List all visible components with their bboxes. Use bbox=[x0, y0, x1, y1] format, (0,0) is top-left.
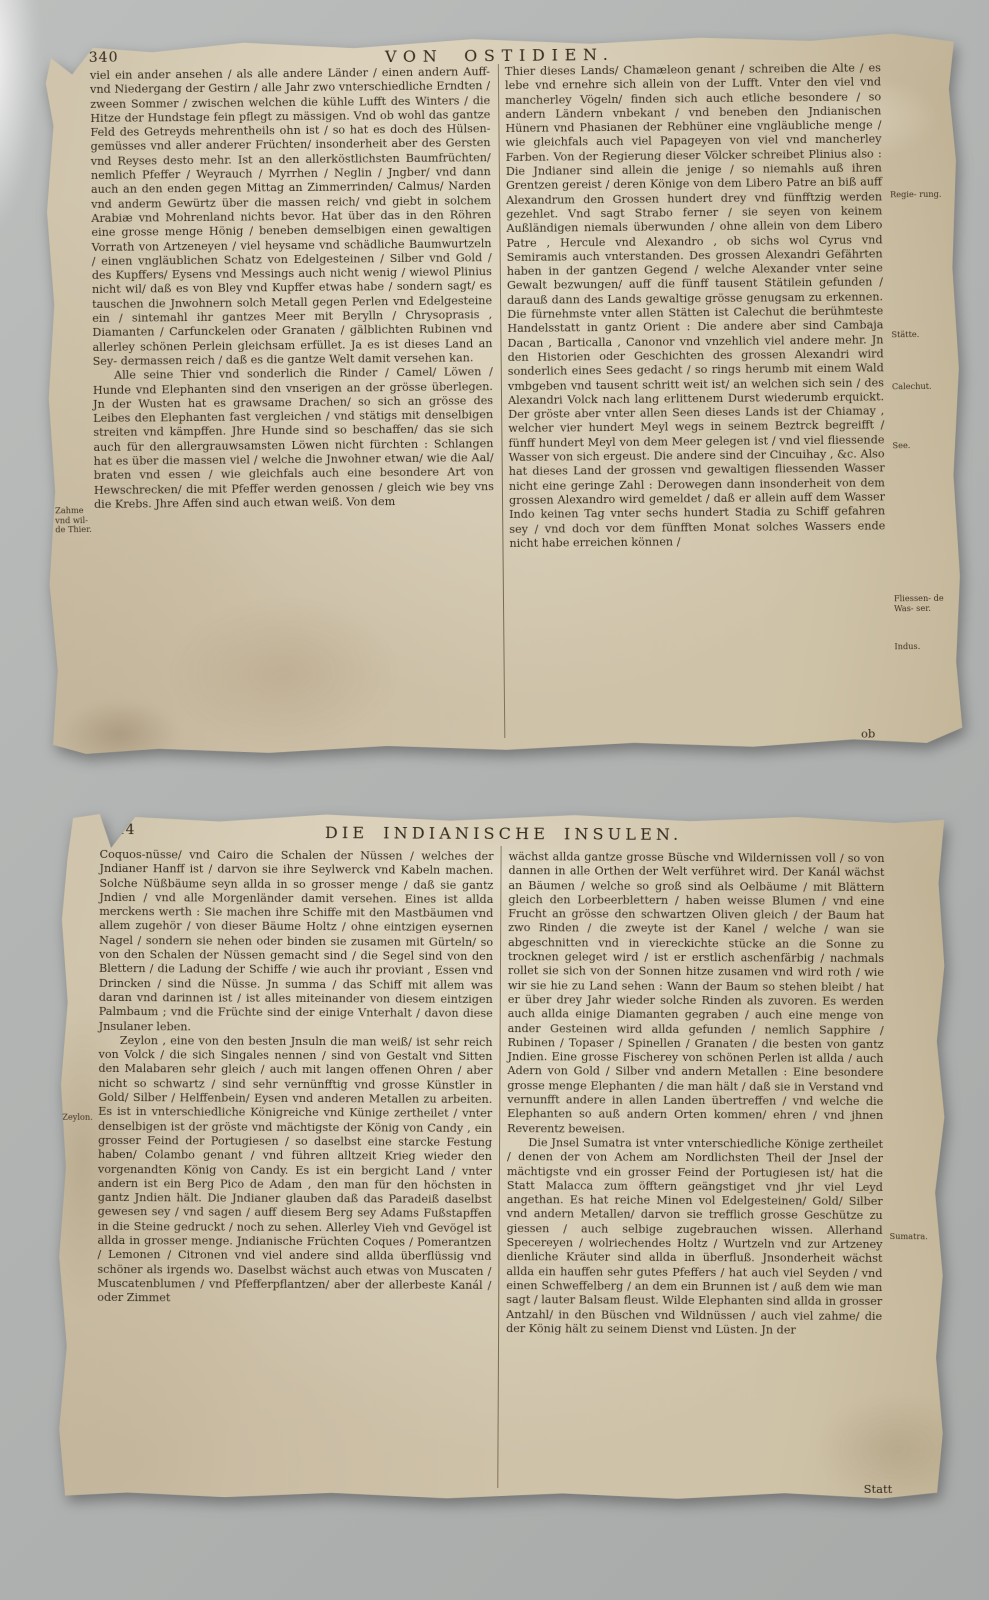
body-paragraph: wächst allda gantze grosse Büsche vnd Wi… bbox=[507, 850, 884, 1138]
photo-background-glare bbox=[0, 0, 40, 240]
catchword: Statt bbox=[864, 1482, 893, 1496]
margin-note-regierung: Regie- rung. bbox=[890, 190, 950, 200]
margin-note-zeylon: Zeylon. bbox=[62, 1113, 102, 1123]
margin-note-see: See. bbox=[892, 441, 952, 451]
body-paragraph: Thier dieses Lands/ Chamæleon genant / s… bbox=[505, 61, 886, 551]
right-column: Thier dieses Lands/ Chamæleon genant / s… bbox=[505, 61, 886, 551]
margin-note-zahme-thier: Zahme vnd wil- de Thier. bbox=[55, 506, 95, 535]
page-344-sheet-wrap: 344 DIE INDIANISCHE INSULEN. Coquos-nüss… bbox=[56, 810, 948, 1503]
body-paragraph: Alle seine Thier vnd sonderlich die Rind… bbox=[93, 365, 494, 512]
body-paragraph: Coquos-nüsse/ vnd Cairo die Schalen der … bbox=[99, 848, 494, 1036]
column-divider bbox=[498, 64, 505, 738]
paper-stain bbox=[168, 597, 399, 749]
page-340-sheet-wrap: 340 VON OSTIDIEN. viel ein ander ansehen… bbox=[43, 32, 964, 757]
margin-note-sumatra: Sumatra. bbox=[890, 1232, 948, 1242]
margin-note-fliessende-wasser: Fliessen- de Was- ser. bbox=[894, 594, 954, 614]
margin-note-calechut: Calechut. bbox=[892, 382, 952, 392]
body-paragraph: Die Jnsel Sumatra ist vnter vnterschiedl… bbox=[506, 1136, 883, 1338]
margin-note-staette: Stätte. bbox=[891, 330, 951, 340]
left-column: Coquos-nüsse/ vnd Cairo die Schalen der … bbox=[97, 848, 493, 1308]
paper-stain bbox=[59, 699, 180, 756]
column-divider bbox=[497, 846, 501, 1488]
body-paragraph: viel ein ander ansehen / als alle andere… bbox=[90, 65, 493, 369]
left-column: viel ein ander ansehen / als alle andere… bbox=[90, 65, 494, 512]
page-340-sheet: 340 VON OSTIDIEN. viel ein ander ansehen… bbox=[43, 32, 964, 757]
page-344-sheet: 344 DIE INDIANISCHE INSULEN. Coquos-nüss… bbox=[56, 810, 948, 1503]
margin-note-indus: Indus. bbox=[894, 642, 954, 652]
right-column: wächst allda gantze grosse Büsche vnd Wi… bbox=[506, 850, 885, 1338]
body-paragraph: Zeylon , eine von den besten Jnsuln die … bbox=[97, 1034, 492, 1308]
running-title: DIE INDIANISCHE INSULEN. bbox=[60, 822, 948, 846]
catchword: ob bbox=[861, 726, 875, 740]
